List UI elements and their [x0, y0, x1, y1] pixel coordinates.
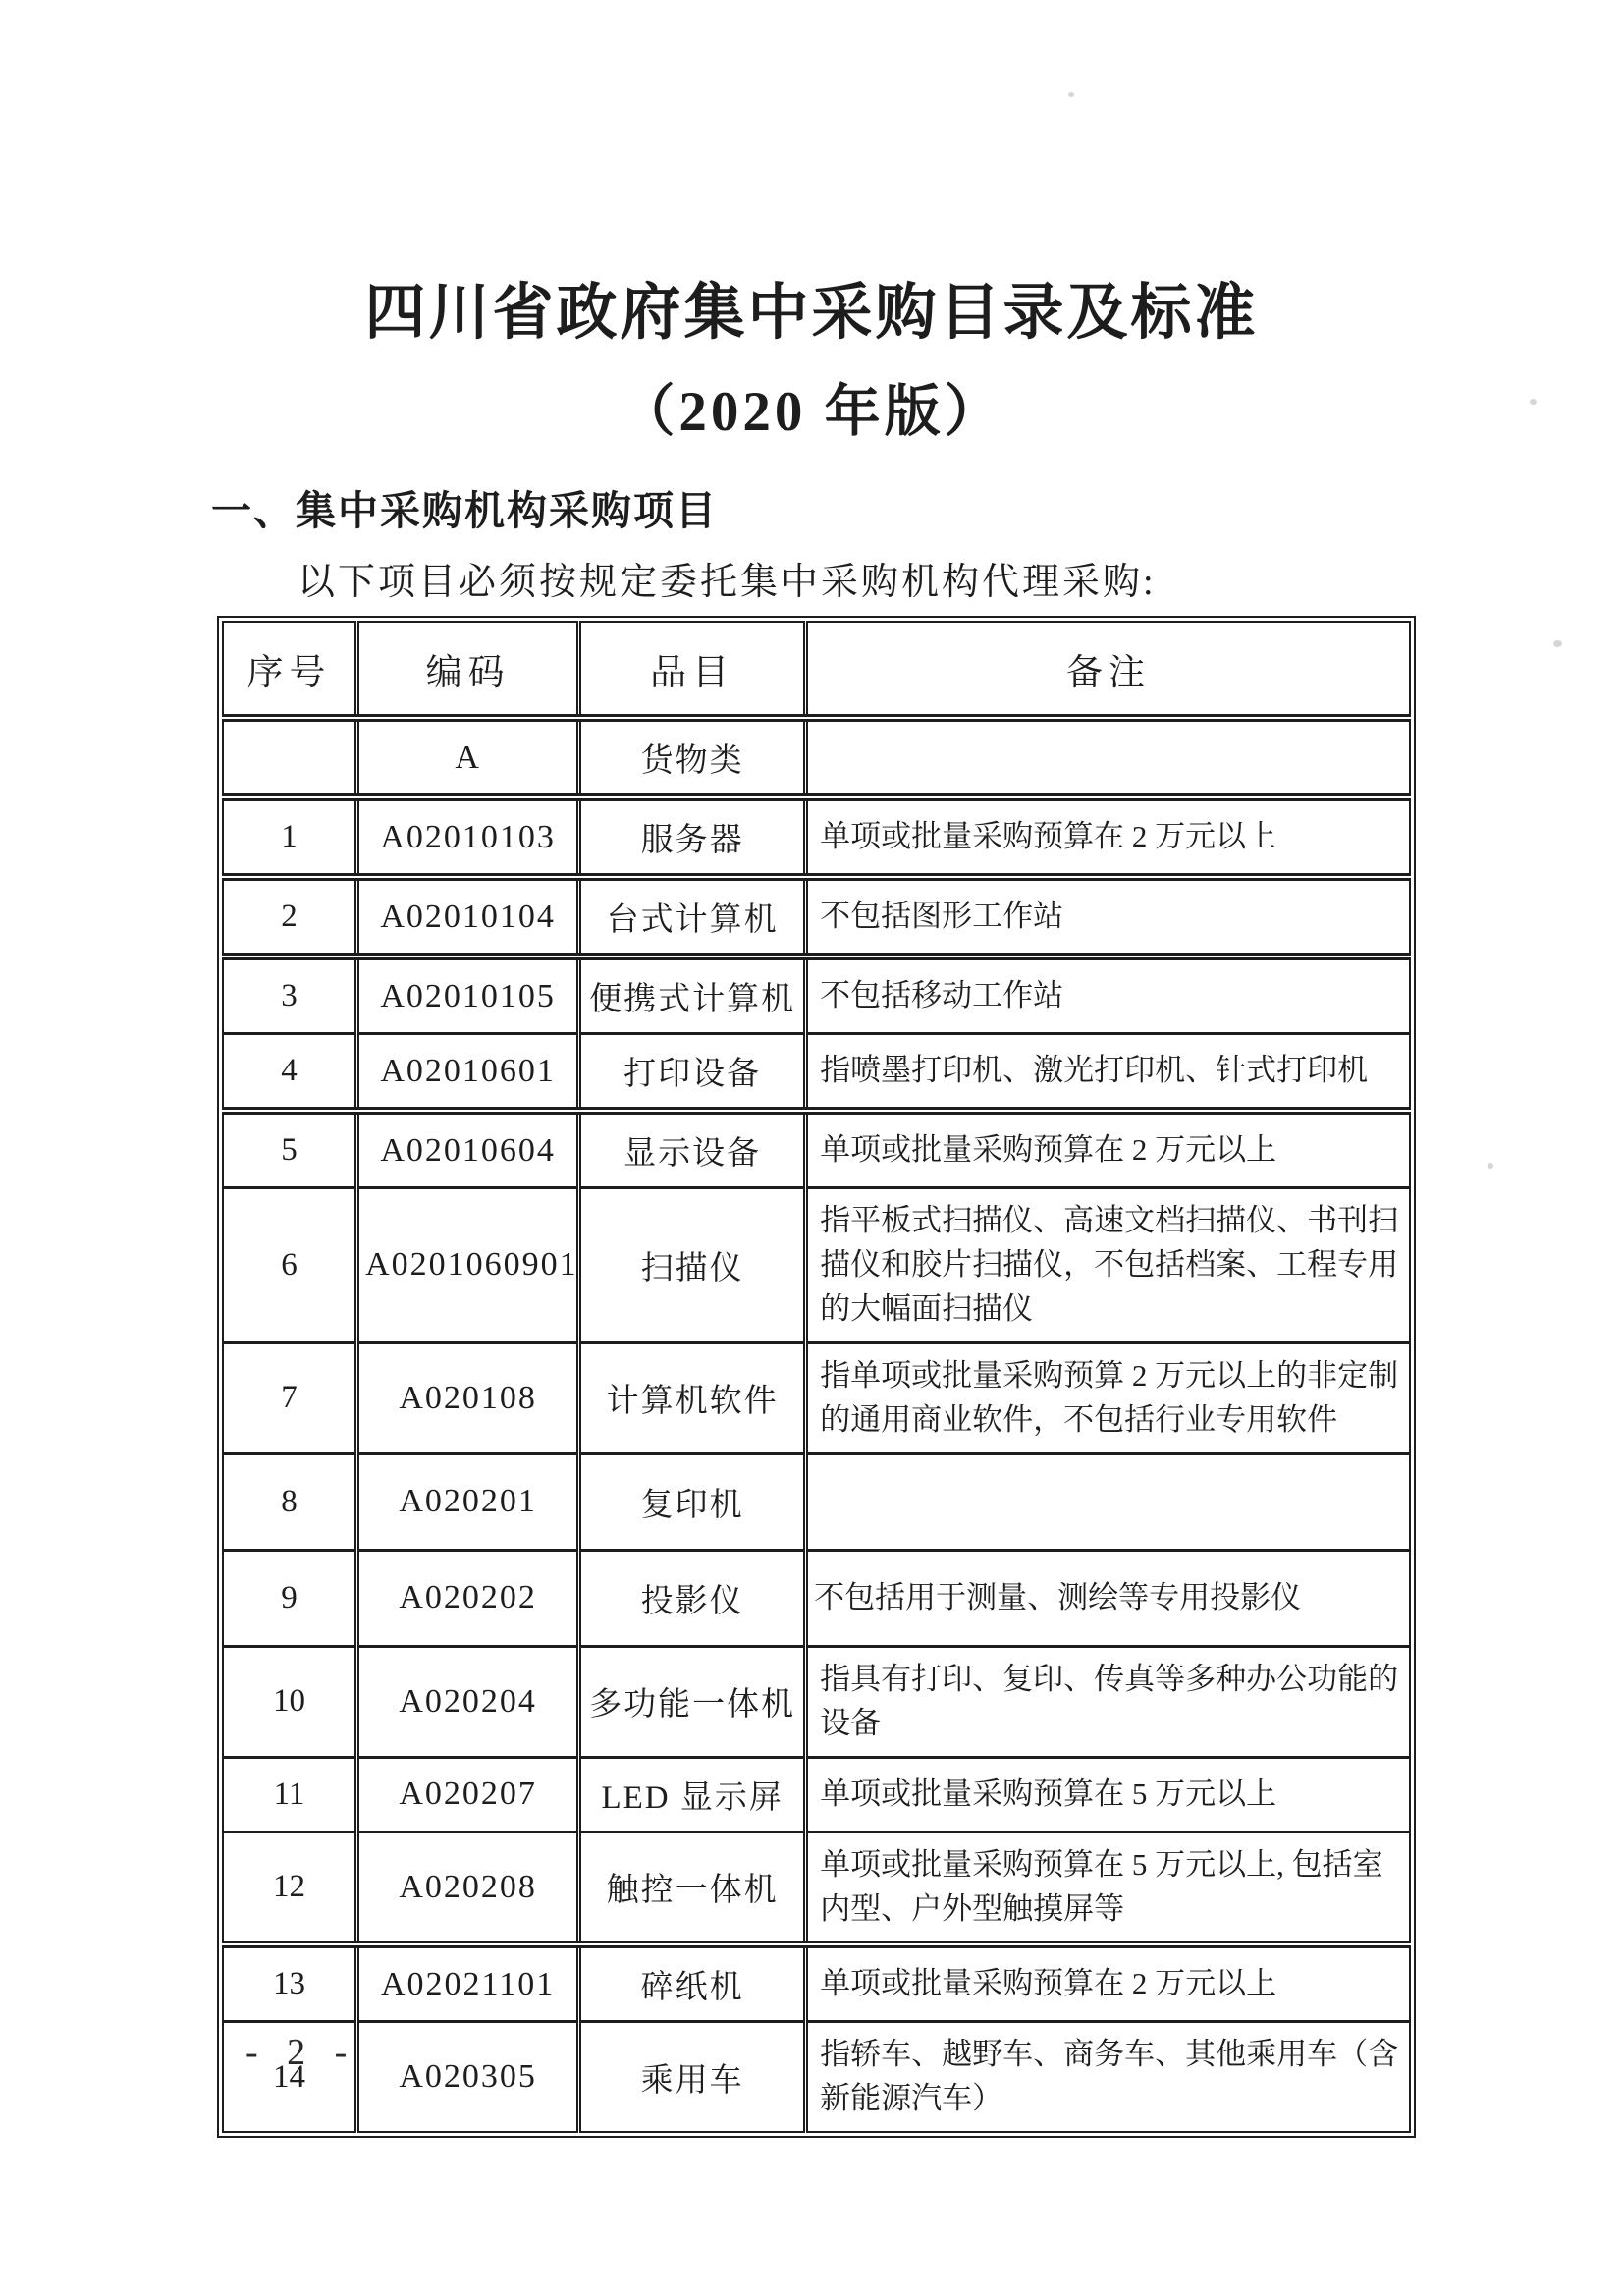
table-header-row: 序号 编码 品目 备注	[223, 622, 1410, 718]
cell-code: A020204	[357, 1646, 579, 1757]
cell-no: 5	[223, 1111, 357, 1188]
table-row: 10 A020204 多功能一体机 指具有打印、复印、传真等多种办公功能的设备	[223, 1646, 1410, 1757]
cell-code: A020202	[357, 1550, 579, 1646]
scan-speckle	[1068, 92, 1074, 97]
header-code: 编码	[357, 622, 579, 718]
cell-remark: 不包括移动工作站	[806, 957, 1410, 1034]
cell-no: 2	[223, 877, 357, 957]
cell-no: 6	[223, 1188, 357, 1343]
cell-remark: 不包括图形工作站	[806, 877, 1410, 957]
cell-no: 4	[223, 1034, 357, 1112]
cell-remark: 指轿车、越野车、商务车、其他乘用车（含新能源汽车）	[806, 2022, 1410, 2132]
table-row: A 货物类	[223, 718, 1410, 797]
table-row: 7 A020108 计算机软件 指单项或批量采购预算 2 万元以上的非定制的通用…	[223, 1342, 1410, 1453]
cell-remark: 不包括用于测量、测绘等专用投影仪	[806, 1550, 1410, 1646]
table-row: 2 A02010104 台式计算机 不包括图形工作站	[223, 877, 1410, 957]
table-row: 5 A02010604 显示设备 单项或批量采购预算在 2 万元以上	[223, 1111, 1410, 1188]
table-row: 6 A0201060901 扫描仪 指平板式扫描仪、高速文档扫描仪、书刊扫描仪和…	[223, 1188, 1410, 1343]
table-row: 9 A020202 投影仪 不包括用于测量、测绘等专用投影仪	[223, 1550, 1410, 1646]
cell-remark: 单项或批量采购预算在 5 万元以上	[806, 1757, 1410, 1831]
cell-item: 服务器	[579, 797, 806, 877]
header-item: 品目	[579, 622, 806, 718]
cell-no: 13	[223, 1944, 357, 2022]
title-line-2: （2020 年版）	[0, 366, 1623, 447]
cell-no	[223, 718, 357, 797]
cell-code: A020201	[357, 1453, 579, 1550]
cell-code: A020207	[357, 1757, 579, 1831]
document-page: 四川省政府集中采购目录及标准 （2020 年版） 一、集中采购机构采购项目 以下…	[0, 0, 1623, 2296]
cell-code: A02010103	[357, 797, 579, 877]
cell-code: A02010105	[357, 957, 579, 1034]
cell-item: 便携式计算机	[579, 957, 806, 1034]
cell-item: LED 显示屏	[579, 1757, 806, 1831]
table-row: 8 A020201 复印机	[223, 1453, 1410, 1550]
cell-item: 扫描仪	[579, 1188, 806, 1343]
procurement-table: 序号 编码 品目 备注 A 货物类 1 A02010103 服务器 单项或批量采…	[217, 616, 1416, 2138]
cell-remark	[806, 1453, 1410, 1550]
cell-remark: 单项或批量采购预算在 5 万元以上, 包括室内型、户外型触摸屏等	[806, 1831, 1410, 1944]
table-row: 14 A020305 乘用车 指轿车、越野车、商务车、其他乘用车（含新能源汽车）	[223, 2022, 1410, 2132]
cell-no: 7	[223, 1342, 357, 1453]
cell-code: A02021101	[357, 1944, 579, 2022]
cell-remark: 指单项或批量采购预算 2 万元以上的非定制的通用商业软件，不包括行业专用软件	[806, 1342, 1410, 1453]
cell-code: A02010604	[357, 1111, 579, 1188]
cell-remark: 指具有打印、复印、传真等多种办公功能的设备	[806, 1646, 1410, 1757]
cell-item: 台式计算机	[579, 877, 806, 957]
cell-item: 显示设备	[579, 1111, 806, 1188]
table-row: 3 A02010105 便携式计算机 不包括移动工作站	[223, 957, 1410, 1034]
cell-no: 8	[223, 1453, 357, 1550]
cell-code: A02010104	[357, 877, 579, 957]
title-line-1: 四川省政府集中采购目录及标准	[0, 263, 1623, 351]
document-title: 四川省政府集中采购目录及标准 （2020 年版）	[0, 263, 1623, 447]
cell-code: A020305	[357, 2022, 579, 2132]
cell-item: 多功能一体机	[579, 1646, 806, 1757]
cell-item: 计算机软件	[579, 1342, 806, 1453]
table-row: 13 A02021101 碎纸机 单项或批量采购预算在 2 万元以上	[223, 1944, 1410, 2022]
header-no: 序号	[223, 622, 357, 718]
intro-text: 以下项目必须按规定委托集中采购机构代理采购:	[298, 551, 1157, 605]
cell-no: 11	[223, 1757, 357, 1831]
cell-no: 12	[223, 1831, 357, 1944]
cell-code: A020208	[357, 1831, 579, 1944]
header-remark: 备注	[806, 622, 1410, 718]
table-row: 11 A020207 LED 显示屏 单项或批量采购预算在 5 万元以上	[223, 1757, 1410, 1831]
cell-no: 3	[223, 957, 357, 1034]
cell-remark: 单项或批量采购预算在 2 万元以上	[806, 797, 1410, 877]
table-row: 4 A02010601 打印设备 指喷墨打印机、激光打印机、针式打印机	[223, 1034, 1410, 1112]
cell-remark: 单项或批量采购预算在 2 万元以上	[806, 1944, 1410, 2022]
section-heading: 一、集中采购机构采购项目	[211, 478, 718, 536]
cell-item: 触控一体机	[579, 1831, 806, 1944]
cell-no: 10	[223, 1646, 357, 1757]
cell-remark: 单项或批量采购预算在 2 万元以上	[806, 1111, 1410, 1188]
cell-no: 1	[223, 797, 357, 877]
cell-item: 乘用车	[579, 2022, 806, 2132]
cell-remark: 指平板式扫描仪、高速文档扫描仪、书刊扫描仪和胶片扫描仪，不包括档案、工程专用的大…	[806, 1188, 1410, 1343]
cell-code: A	[357, 718, 579, 797]
table-row: 12 A020208 触控一体机 单项或批量采购预算在 5 万元以上, 包括室内…	[223, 1831, 1410, 1944]
cell-code: A020108	[357, 1342, 579, 1453]
scan-speckle	[1530, 399, 1537, 405]
cell-remark	[806, 718, 1410, 797]
cell-remark: 指喷墨打印机、激光打印机、针式打印机	[806, 1034, 1410, 1112]
cell-item: 复印机	[579, 1453, 806, 1550]
cell-item: 货物类	[579, 718, 806, 797]
cell-code: A0201060901	[357, 1188, 579, 1343]
cell-item: 打印设备	[579, 1034, 806, 1112]
scan-speckle	[1553, 640, 1562, 647]
cell-item: 投影仪	[579, 1550, 806, 1646]
cell-item: 碎纸机	[579, 1944, 806, 2022]
catalog-table-body: A 货物类 1 A02010103 服务器 单项或批量采购预算在 2 万元以上 …	[223, 718, 1410, 2132]
cell-code: A02010601	[357, 1034, 579, 1112]
page-number: - 2 -	[245, 2031, 356, 2074]
cell-no: 9	[223, 1550, 357, 1646]
catalog-table: 序号 编码 品目 备注 A 货物类 1 A02010103 服务器 单项或批量采…	[222, 621, 1411, 2133]
scan-speckle	[1488, 1163, 1493, 1169]
table-row: 1 A02010103 服务器 单项或批量采购预算在 2 万元以上	[223, 797, 1410, 877]
